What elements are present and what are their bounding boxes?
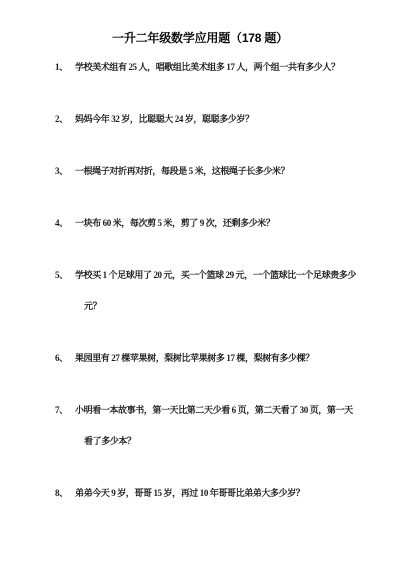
question-text: 学校买 1 个足球用了 20 元，买一个篮球 29 元，一个篮球比一个足球贵多少 xyxy=(75,270,356,280)
question-item-8: 8、弟弟今天 9 岁，哥哥 15 岁，再过 10 年哥哥比弟弟大多少岁？ xyxy=(0,478,400,509)
question-number: 2、 xyxy=(55,104,75,135)
question-text: 果园里有 27 棵苹果树，梨树比苹果树多 17 棵，梨树有多少棵？ xyxy=(75,353,314,363)
question-number: 1、 xyxy=(55,52,75,83)
question-number: 4、 xyxy=(55,208,75,239)
question-text: 一根绳子对折再对折，每段是 5 米，这根绳子长多少米？ xyxy=(75,166,289,176)
question-continuation: 看了多少本？ xyxy=(55,426,370,457)
question-line: 5、学校买 1 个足球用了 20 元，买一个篮球 29 元，一个篮球比一个足球贵… xyxy=(55,260,370,291)
question-item-6: 6、果园里有 27 棵苹果树，梨树比苹果树多 17 棵，梨树有多少棵？ xyxy=(0,343,400,374)
question-line: 1、学校美术组有 25 人，唱歌组比美术组多 17 人，两个组一共有多少人？ xyxy=(55,52,370,83)
question-list: 1、学校美术组有 25 人，唱歌组比美术组多 17 人，两个组一共有多少人？ 2… xyxy=(0,52,400,509)
question-line: 4、一块布 60 米，每次剪 5 米，剪了 9 次，还剩多少米？ xyxy=(55,208,370,239)
question-item-7: 7、小明看一本故事书，第一天比第二天少看 6 页，第二天看了 30 页，第一天 … xyxy=(0,395,400,457)
question-number: 6、 xyxy=(55,343,75,374)
question-number: 3、 xyxy=(55,156,75,187)
question-text: 妈妈今年 32 岁，比聪聪大 24 岁，聪聪多少岁？ xyxy=(75,114,254,124)
question-number: 8、 xyxy=(55,478,75,509)
question-item-2: 2、妈妈今年 32 岁，比聪聪大 24 岁，聪聪多少岁？ xyxy=(0,104,400,135)
question-text: 小明看一本故事书，第一天比第二天少看 6 页，第二天看了 30 页，第一天 xyxy=(75,405,353,415)
question-line: 6、果园里有 27 棵苹果树，梨树比苹果树多 17 棵，梨树有多少棵？ xyxy=(55,343,370,374)
question-text: 学校美术组有 25 人，唱歌组比美术组多 17 人，两个组一共有多少人？ xyxy=(75,62,340,72)
question-item-4: 4、一块布 60 米，每次剪 5 米，剪了 9 次，还剩多少米？ xyxy=(0,208,400,239)
question-text: 一块布 60 米，每次剪 5 米，剪了 9 次，还剩多少米？ xyxy=(75,218,275,228)
question-number: 7、 xyxy=(55,395,75,426)
question-line: 2、妈妈今年 32 岁，比聪聪大 24 岁，聪聪多少岁？ xyxy=(55,104,370,135)
question-line: 8、弟弟今天 9 岁，哥哥 15 岁，再过 10 年哥哥比弟弟大多少岁？ xyxy=(55,478,370,509)
question-item-1: 1、学校美术组有 25 人，唱歌组比美术组多 17 人，两个组一共有多少人？ xyxy=(0,52,400,83)
page-title: 一升二年级数学应用题（178 题） xyxy=(0,30,400,46)
question-item-5: 5、学校买 1 个足球用了 20 元，买一个篮球 29 元，一个篮球比一个足球贵… xyxy=(0,260,400,322)
question-line: 3、一根绳子对折再对折，每段是 5 米，这根绳子长多少米？ xyxy=(55,156,370,187)
question-continuation: 元？ xyxy=(55,291,370,322)
question-text: 弟弟今天 9 岁，哥哥 15 岁，再过 10 年哥哥比弟弟大多少岁？ xyxy=(75,488,304,498)
question-line: 7、小明看一本故事书，第一天比第二天少看 6 页，第二天看了 30 页，第一天 xyxy=(55,395,370,426)
question-number: 5、 xyxy=(55,260,75,291)
worksheet-page: 一升二年级数学应用题（178 题） 1、学校美术组有 25 人，唱歌组比美术组多… xyxy=(0,0,400,566)
question-item-3: 3、一根绳子对折再对折，每段是 5 米，这根绳子长多少米？ xyxy=(0,156,400,187)
